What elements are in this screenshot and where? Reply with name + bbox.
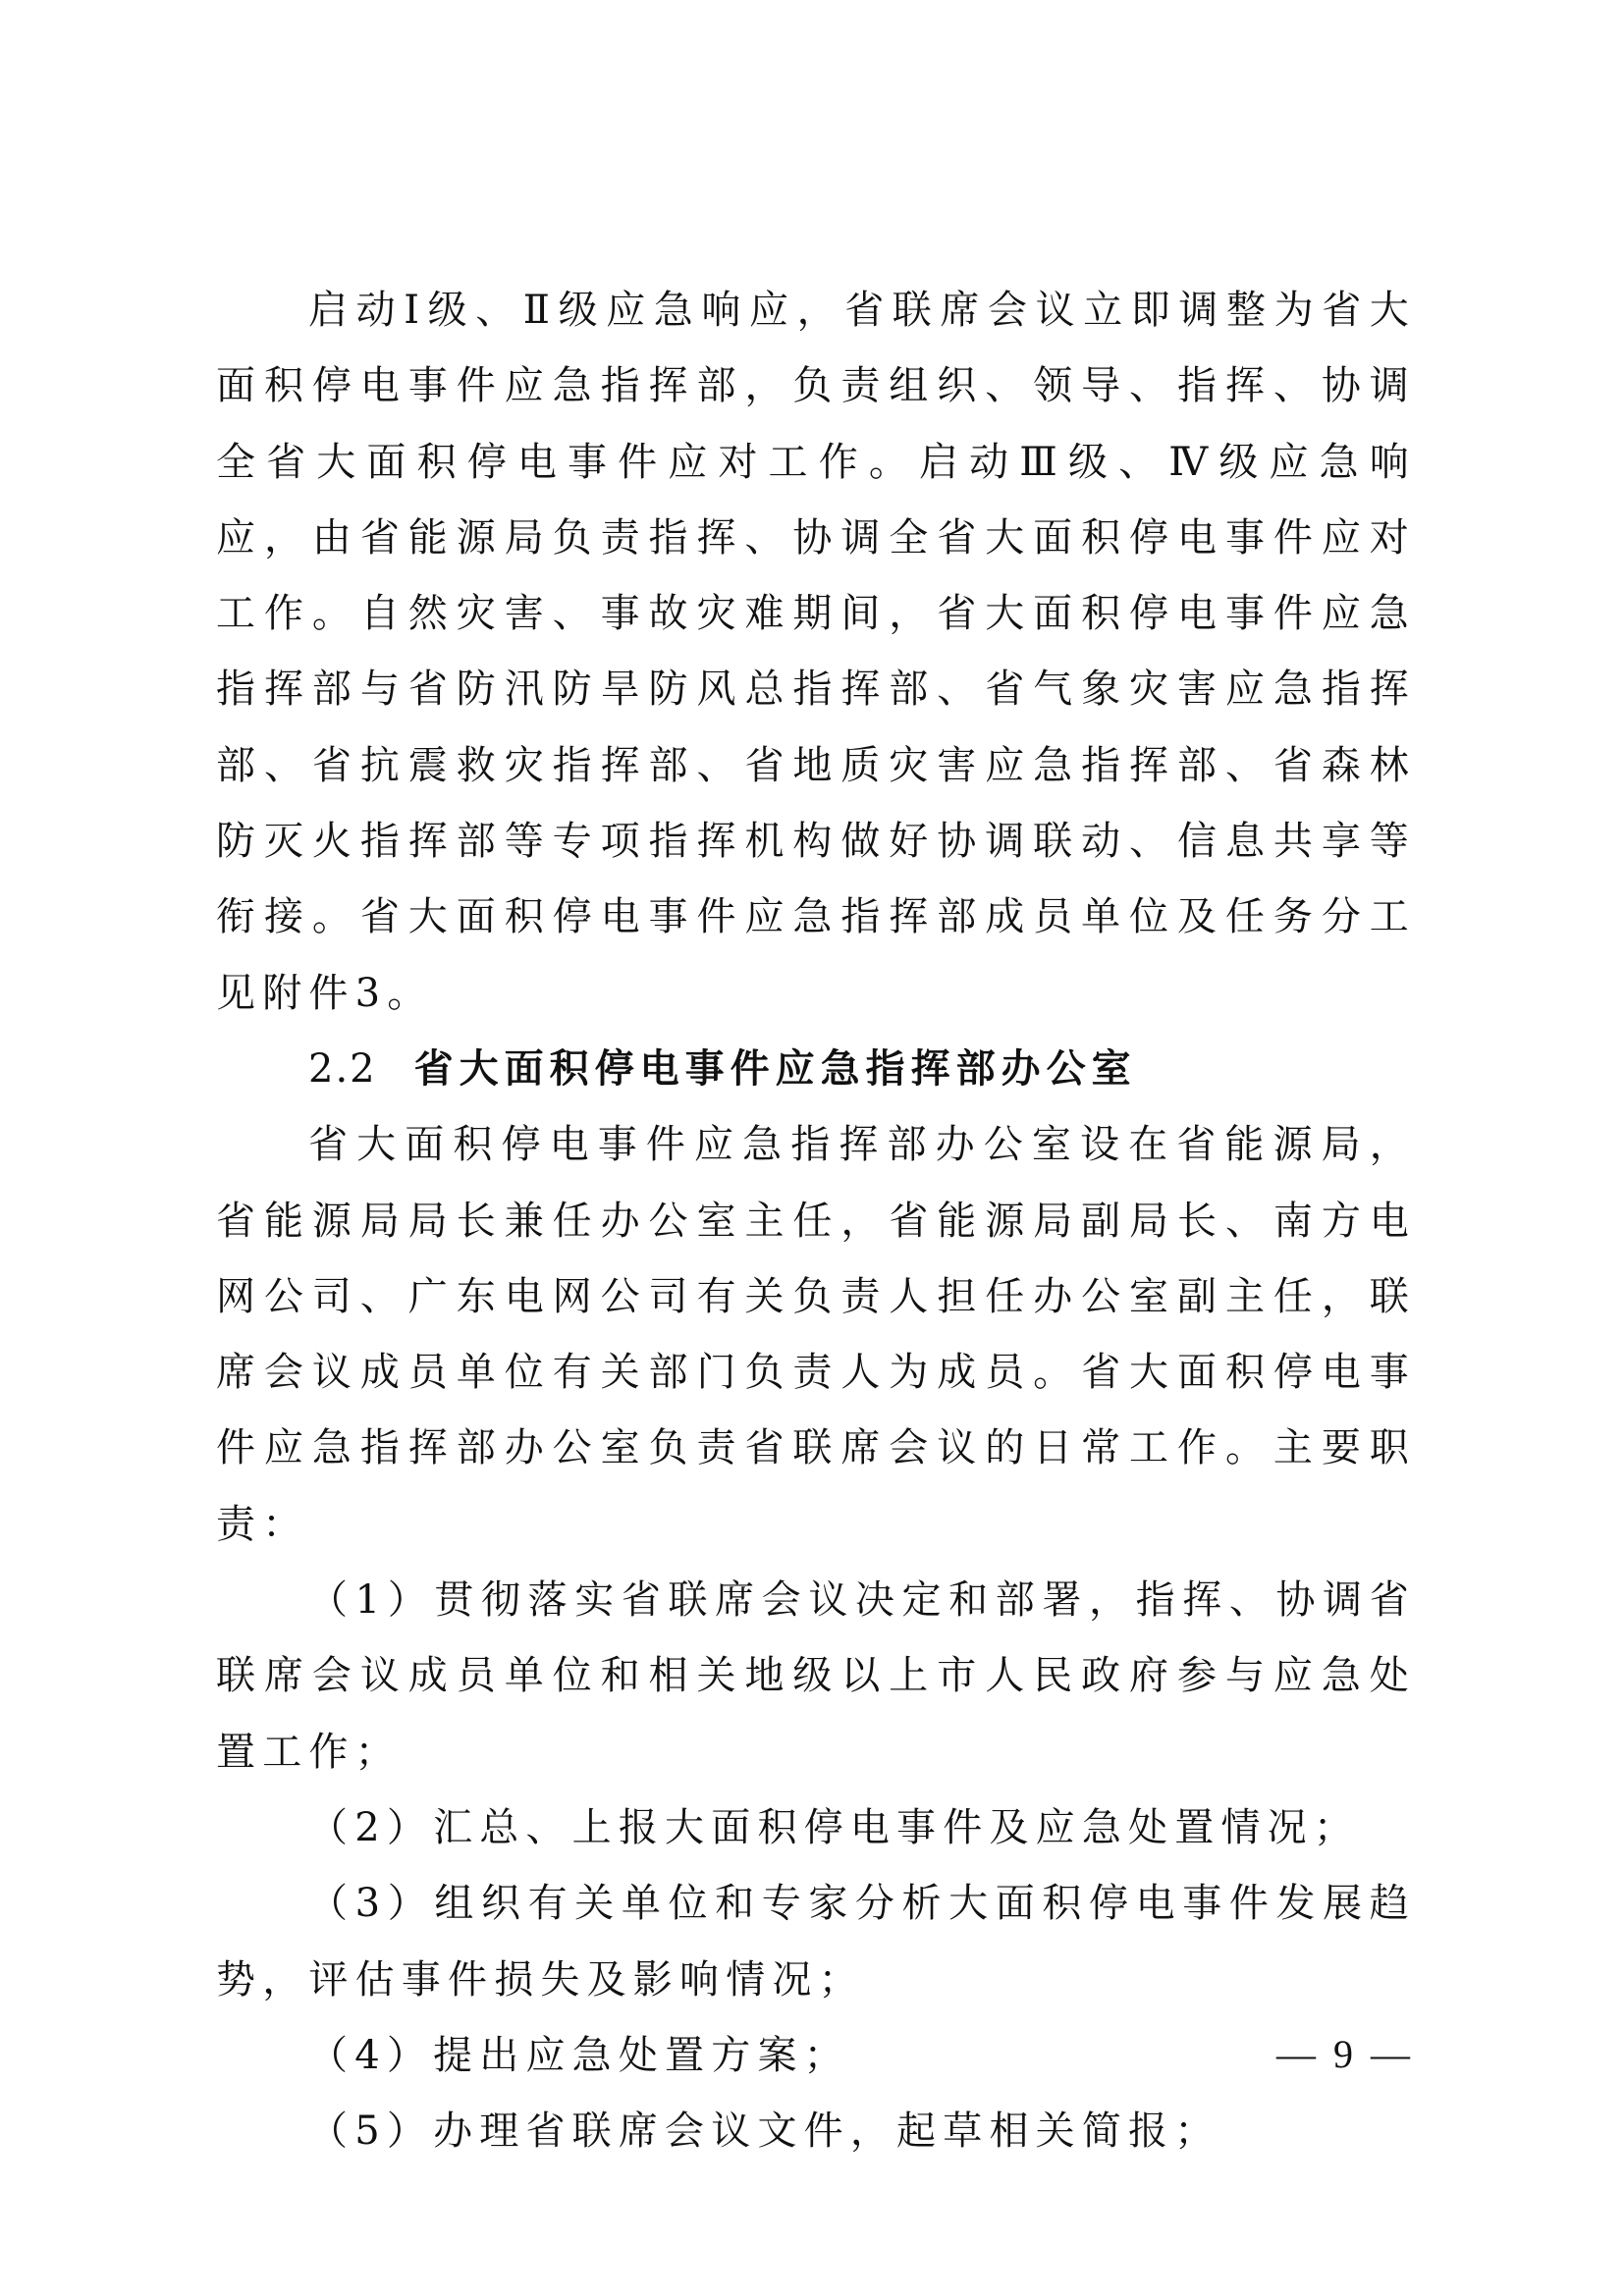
duty-text: 办理省联席会议文件，起草相关简报； xyxy=(433,2109,1220,2154)
duty-item: （5）办理省联席会议文件，起草相关简报； xyxy=(216,2094,1416,2169)
duty-label: （1） xyxy=(308,1577,434,1623)
duty-text: 提出应急处置方案； xyxy=(433,2033,850,2078)
section-number: 2.2 xyxy=(308,1046,377,1092)
paragraph-emergency-response-levels: 启动Ⅰ级、Ⅱ级应急响应，省联席会议立即调整为省大面积停电事件应急指挥部，负责组织… xyxy=(216,273,1416,1032)
duty-item: （4）提出应急处置方案； xyxy=(216,2018,1416,2094)
duty-text: 汇总、上报大面积停电事件及应急处置情况； xyxy=(433,1805,1360,1850)
document-page: 启动Ⅰ级、Ⅱ级应急响应，省联席会议立即调整为省大面积停电事件应急指挥部，负责组织… xyxy=(0,0,1624,2296)
duty-item: （2）汇总、上报大面积停电事件及应急处置情况； xyxy=(216,1790,1416,1866)
document-body: 启动Ⅰ级、Ⅱ级应急响应，省联席会议立即调整为省大面积停电事件应急指挥部，负责组织… xyxy=(216,273,1416,2169)
section-heading: 2.2省大面积停电事件应急指挥部办公室 xyxy=(216,1032,1416,1107)
duty-label: （5） xyxy=(308,2109,433,2154)
section-title: 省大面积停电事件应急指挥部办公室 xyxy=(414,1046,1137,1092)
page-number: — 9 — xyxy=(1267,2030,1424,2079)
duty-item: （3）组织有关单位和专家分析大面积停电事件发展趋势，评估事件损失及影响情况； xyxy=(216,1866,1416,2018)
duty-label: （4） xyxy=(308,2033,433,2078)
duty-label: （2） xyxy=(308,1805,433,1850)
paragraph-office-description: 省大面积停电事件应急指挥部办公室设在省能源局，省能源局局长兼任办公室主任，省能源… xyxy=(216,1107,1416,1563)
duty-label: （3） xyxy=(308,1881,434,1926)
duty-item: （1）贯彻落实省联席会议决定和部署，指挥、协调省联席会议成员单位和相关地级以上市… xyxy=(216,1563,1416,1790)
